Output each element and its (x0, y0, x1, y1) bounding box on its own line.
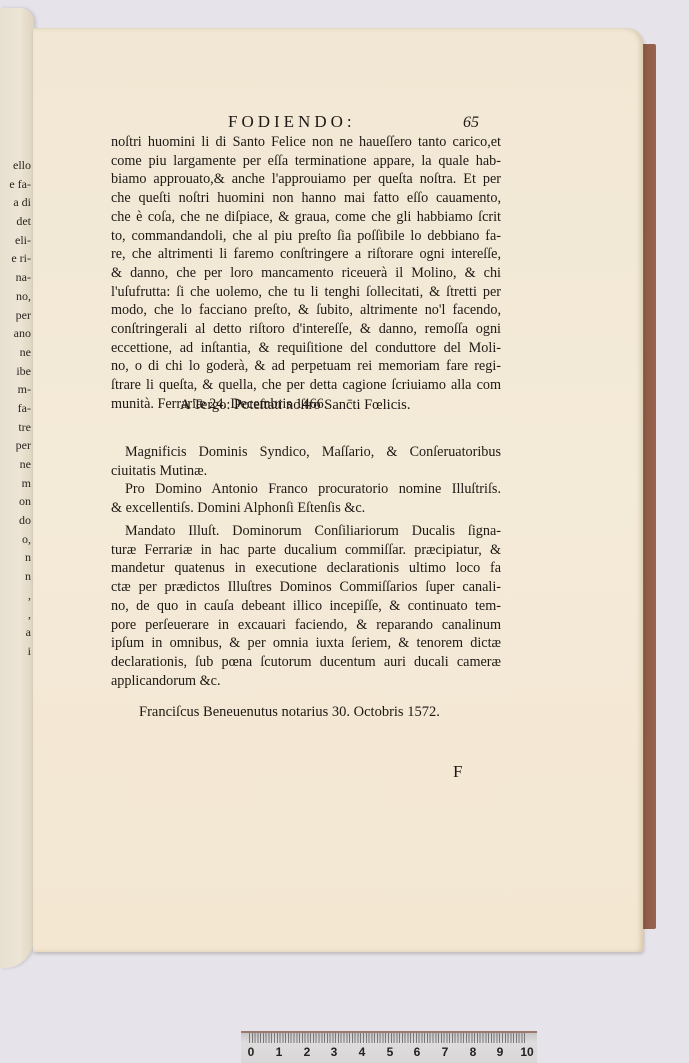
text-line: modo, che lo facciano preſto, & ſubito, … (111, 301, 501, 320)
margin-fragment: m (0, 474, 34, 493)
text-line: Magnificis Dominis Syndico, Maſſario, & … (111, 443, 501, 462)
text-line: biamo approuato,& anche l'approuiamo per… (111, 170, 501, 189)
text-line: Pro Domino Antonio Franco procuratorio n… (111, 480, 501, 499)
margin-fragment: no, (0, 287, 34, 306)
text-line: turæ Ferrariæ in hac parte ducalium comm… (111, 541, 501, 560)
text-line: come piu largamente per eſſa termination… (111, 152, 501, 171)
text-line: declarationis, ſub pœna ſcutorum ducentu… (111, 653, 501, 672)
margin-fragment: na- (0, 268, 34, 287)
text-line: applicandorum &c. (111, 672, 501, 691)
margin-fragment: , (0, 586, 34, 605)
text-line: che queſti noſtri huomini non hanno mai … (111, 189, 501, 208)
text-line: re, che altrimenti li faremo conſtringer… (111, 245, 501, 264)
address-block: Magnificis Dominis Syndico, Maſſario, & … (111, 443, 501, 518)
ruler-label: 0 (248, 1045, 255, 1059)
margin-fragment: i (0, 642, 34, 661)
notary-line: Franciſcus Beneuenutus notarius 30. Octo… (139, 704, 440, 721)
ruler-label: 10 (520, 1045, 533, 1059)
left-page-margin-text: elloe fa-a dideteli-e ri-na-no,peranonei… (0, 156, 34, 661)
text-line: Mandato Illuſt. Dominorum Conſiliariorum… (111, 522, 501, 541)
margin-fragment: ibe (0, 362, 34, 381)
margin-fragment: a (0, 623, 34, 642)
margin-fragment: eli- (0, 231, 34, 250)
text-line: l'uſufrutta: ſi che uolemo, che tu li te… (111, 283, 501, 302)
text-line: ipſum in omnibus, & per omnia iuxta ſeri… (111, 634, 501, 653)
margin-fragment: ne (0, 343, 34, 362)
paragraph-letter: noſtri huomini li di Santo Felice non ne… (111, 133, 501, 414)
ruler-label: 6 (414, 1045, 421, 1059)
text-line: & danno, che per loro mancamento riceuer… (111, 264, 501, 283)
text-line: mandetur quatenus in executione declarat… (111, 559, 501, 578)
ruler-ticks (249, 1033, 527, 1043)
text-line: no, o di chi lo goderà, & ad perpetuam r… (111, 357, 501, 376)
text-line: ciuitatis Mutinæ. (111, 462, 501, 481)
ruler-label: 3 (331, 1045, 338, 1059)
ruler-label: 8 (470, 1045, 477, 1059)
ruler-label: 7 (442, 1045, 449, 1059)
margin-fragment: n (0, 548, 34, 567)
margin-fragment: a di (0, 193, 34, 212)
ruler-label: 4 (359, 1045, 366, 1059)
text-line: eccettione, ad inſtantia, & requiſitione… (111, 339, 501, 358)
margin-fragment: e fa- (0, 175, 34, 194)
running-head: FODIENDO: (228, 112, 356, 132)
margin-fragment: ano (0, 324, 34, 343)
ruler-label: 9 (497, 1045, 504, 1059)
text-line: to, commandandoli, che al piu preſto ſia… (111, 227, 501, 246)
mandato-paragraph: Mandato Illuſt. Dominorum Conſiliariorum… (111, 522, 501, 690)
text-line: no, de quo in cauſa debeant illico incep… (111, 597, 501, 616)
margin-fragment: det (0, 212, 34, 231)
text-line: ctæ per prædictos Illuſtres Dominos Comm… (111, 578, 501, 597)
ruler-label: 5 (387, 1045, 394, 1059)
margin-fragment: o, (0, 530, 34, 549)
text-line: conſtringerali al detto riſtoro d'intere… (111, 320, 501, 339)
text-line: pore perſeuerare in excauari faciendo, &… (111, 616, 501, 635)
margin-fragment: on (0, 492, 34, 511)
margin-fragment: do (0, 511, 34, 530)
margin-fragment: n (0, 567, 34, 586)
signature-mark: F (453, 762, 462, 782)
margin-fragment: per (0, 306, 34, 325)
text-line: che è coſa, che ne diſpiace, & graua, co… (111, 208, 501, 227)
ruler-label: 1 (276, 1045, 283, 1059)
scale-ruler: 0 1 2 3 4 5 6 7 8 9 10 (241, 1031, 537, 1063)
margin-fragment: , (0, 605, 34, 624)
facing-left-page: elloe fa-a dideteli-e ri-na-no,peranonei… (0, 8, 34, 968)
margin-fragment: m- (0, 380, 34, 399)
margin-fragment: ne (0, 455, 34, 474)
margin-fragment: ello (0, 156, 34, 175)
page-number: 65 (463, 114, 479, 132)
text-line: ſtrare li queſta, & quella, che per dett… (111, 376, 501, 395)
text-line: noſtri huomini li di Santo Felice non ne… (111, 133, 501, 152)
margin-fragment: tre (0, 418, 34, 437)
margin-fragment: fa- (0, 399, 34, 418)
margin-fragment: e ri- (0, 249, 34, 268)
margin-fragment: per (0, 436, 34, 455)
a-tergo-line: A Tergo: Poteſtati noſtro Sanc̄ti Fœlici… (180, 397, 410, 414)
text-line: & excellentiſs. Domini Alphonſi Eſtenſis… (111, 499, 501, 518)
ruler-label: 2 (304, 1045, 311, 1059)
